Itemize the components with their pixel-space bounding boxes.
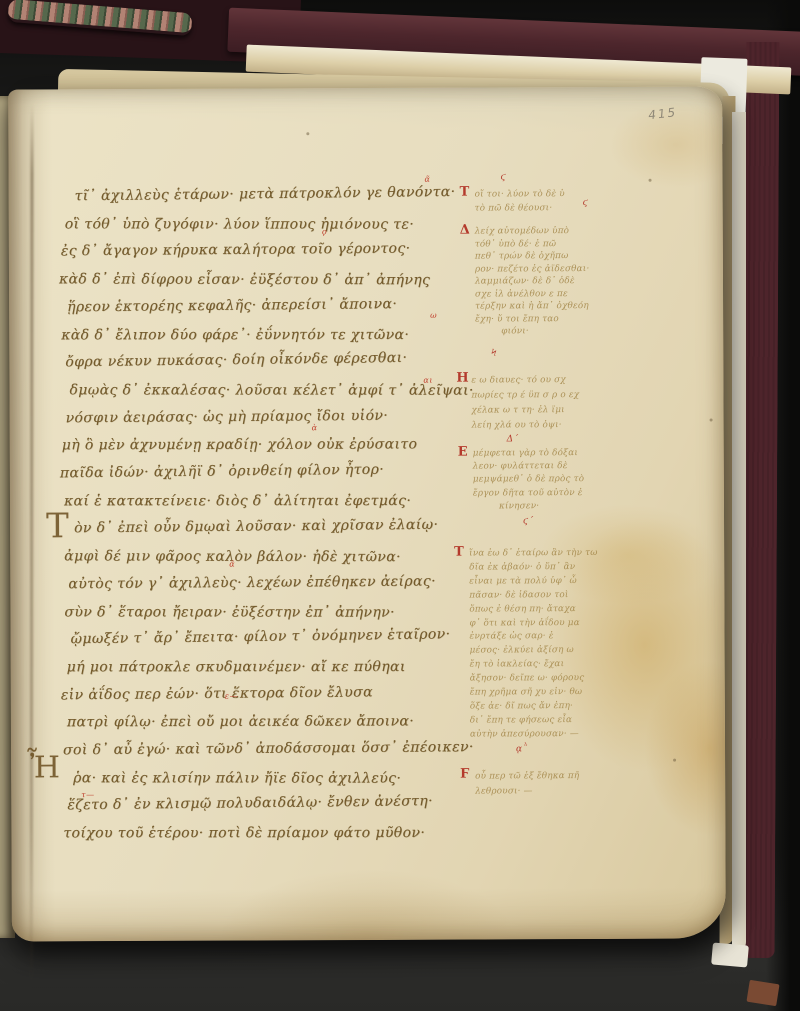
scholia-rubric-mark: ϛ´ bbox=[523, 517, 534, 526]
scholia-line: δῖα ἐκ ἀβαόν· ὁ ὕπ᾽ ἂν bbox=[469, 561, 598, 575]
scholia-line: λεθρουσι· — bbox=[475, 784, 579, 799]
main-text-line: τῖ᾽ ἀχιλλεὺς ἑτάρων· μετὰ πάτροκλόν γε θ… bbox=[75, 185, 456, 203]
scholia-line: πεθ᾽ τρών δὲ ὀχῆπω bbox=[475, 250, 590, 263]
scholia-rubric-mark: ᾳ῭ bbox=[516, 745, 528, 754]
paper-sliver-bottom-right bbox=[711, 942, 749, 967]
parchment-speck bbox=[710, 418, 713, 421]
scholia-rubric-mark: Ϟ bbox=[491, 349, 497, 358]
interlinear-rubric-mark: ϙ bbox=[322, 228, 327, 236]
interlinear-rubric-mark: ω bbox=[430, 312, 437, 320]
main-text-line: ἕζετο δ᾽ ἐν κλισμῷ πολυδαιδάλῳ· ἔνθεν ἀν… bbox=[67, 795, 433, 813]
gutter-crease bbox=[30, 103, 34, 983]
scholia-line: φιόνι· bbox=[501, 325, 590, 338]
scholia-line: σχε ἰλ ἀνέλθον ε πε bbox=[475, 288, 590, 301]
main-text-initial: Ἦ bbox=[27, 753, 60, 783]
scholia-line: πᾶσαν· δὲ ἰδασον τοὶ bbox=[469, 589, 598, 603]
main-text-line: σοὶ δ᾽ αὖ ἐγώ· καὶ τῶνδ᾽ ἀποδάσσομαι ὅσσ… bbox=[63, 740, 474, 757]
main-text-line: ῥα· καὶ ἐς κλισίην πάλιν ἤϊε δῖος ἀχιλλε… bbox=[73, 771, 401, 785]
interlinear-rubric-mark: ὰ bbox=[312, 424, 318, 432]
scholia-line: τέρξην καὶ ἡ ἄπ᾽ ὀχθεόη bbox=[475, 300, 590, 313]
scholia-rubric-mark: ϛ bbox=[501, 173, 507, 182]
scholia-line: οἵ τοι· λύον τὸ δὲ ὑ bbox=[475, 187, 565, 201]
scholia-initial: Τ bbox=[460, 186, 470, 199]
scholia-line: μεμψάμεθ᾽ ὁ δὲ πρὸς τὸ bbox=[473, 473, 584, 487]
scholia-initial: Ϝ bbox=[460, 768, 469, 781]
scholia-line: μέσος· ἐλκύει ἀξίση ω bbox=[470, 644, 599, 658]
interlinear-rubric-mark: τ— bbox=[81, 791, 94, 799]
main-text-line: ὸν δ᾽ ἐπεὶ οὖν δμῳαὶ λοῦσαν· καὶ χρῖσαν … bbox=[74, 518, 438, 535]
scholia-block: Ηε ω διαυες· τό ου σχπωρίες τρ έ ϋπ σ ρ … bbox=[471, 373, 579, 433]
scholia-line: λείχ αὐτομέδων ὑπὸ bbox=[475, 225, 590, 238]
scholia-line: μέμφεται γὰρ τὸ δόξαι bbox=[473, 447, 584, 461]
scholia-line: αὐτὴν ἀπεσύρουσαν· — bbox=[470, 728, 599, 742]
scholia-line: λείη χλά ου τὸ ὀψι· bbox=[472, 418, 580, 433]
main-text-initial: Τ bbox=[46, 509, 69, 543]
interlinear-rubric-mark: ᾶ bbox=[229, 561, 235, 569]
parchment-speck bbox=[673, 759, 676, 762]
main-text-line: σὺν δ᾽ ἕταροι ἤειραν· ἐϋξέστην ἐπ᾽ ἀπήνη… bbox=[64, 605, 394, 619]
scholia-line: ἔη τὸ ἰακλείας· ἔχαι bbox=[470, 658, 599, 672]
scholia-line: φ᾽ ὅτι καὶ τὴν ἀΐδου μα bbox=[469, 617, 598, 631]
main-text-line: μὴ ὃ μὲν ἀχνυμένῃ κραδίῃ· χόλον οὐκ ἐρύσ… bbox=[62, 438, 418, 453]
main-text-line: ἐς δ᾽ ἄγαγον κήρυκα καλήτορα τοῖο γέροντ… bbox=[61, 242, 411, 259]
scholia-line: ἄξησον· δεῖπε ω· φόρους bbox=[470, 672, 599, 686]
parchment-speck bbox=[649, 179, 652, 182]
interlinear-rubric-mark: ε— bbox=[225, 693, 238, 701]
scholia-line: τὸ πῶ δὲ θέουσι· bbox=[475, 201, 565, 215]
scholia-line: ἵνα ἑω δ᾽ ἑταίρω ἂν τὴν τω bbox=[469, 547, 598, 561]
photograph-of-manuscript: 415 τῖ᾽ ἀχιλλεὺς ἑτάρων· μετὰ πάτροκλόν … bbox=[0, 0, 800, 1011]
scholia-line: ἔχη· ὕ τοι ἔπη ταο bbox=[475, 313, 590, 326]
scholia-line: ἔργον δῆτα τοῦ αὐτὸν ἐ bbox=[473, 487, 584, 501]
main-text-line: νόσφιν ἀειράσας· ὡς μὴ πρίαμος ἴδοι υἱόν… bbox=[66, 408, 389, 425]
scholia-line: χέλακ ω τ τη· ἐλ ϊμι bbox=[472, 403, 580, 418]
scholia-line: οὗ περ τῶ ἑξ ἔθηκα πῆ bbox=[475, 769, 579, 784]
main-text-line: ὄφρα νέκυν πυκάσας· δοίη οἶκόνδε φέρεσθα… bbox=[65, 351, 407, 369]
leather-corner-fold bbox=[746, 980, 779, 1006]
scholia-line: τόθ᾽ ὑπὸ δέ· ἐ πῶ bbox=[475, 238, 590, 251]
main-text-line: ᾤμωξέν τ᾽ ἄρ᾽ ἔπειτα· φίλον τ᾽ ὀνόμηνεν … bbox=[70, 628, 450, 647]
scholia-line: εἶναι με τὰ πολύ ὑφ᾽ ὧ bbox=[469, 575, 598, 589]
scholia-line: ὅξε ἀε· δῖ πως ἄν ἐπη· bbox=[470, 700, 599, 714]
parchment-page: 415 τῖ᾽ ἀχιλλεὺς ἑτάρων· μετὰ πάτροκλόν … bbox=[8, 86, 726, 941]
page-edges-right-white bbox=[732, 112, 746, 952]
scholia-line: ε ω διαυες· τό ου σχ bbox=[471, 373, 579, 388]
scholia-initial: Ε bbox=[458, 446, 468, 459]
scholia-initial: Δ bbox=[460, 224, 470, 237]
parchment-speck bbox=[306, 132, 309, 135]
scholia-line: δι᾽ ἔπη τε φήσεως εἶα bbox=[470, 714, 599, 728]
scholia-block: Δλείχ αὐτομέδων ὑπὸτόθ᾽ ὑπὸ δέ· ἐ πῶπεθ᾽… bbox=[475, 225, 590, 338]
main-text-line: μή μοι πάτροκλε σκυδμαινέμεν· αἴ κε πύθη… bbox=[67, 660, 406, 674]
scholia-block: Τἵνα ἑω δ᾽ ἑταίρω ἂν τὴν τωδῖα ἐκ ἀβαόν·… bbox=[469, 547, 598, 742]
main-text-line: καί ἑ κατακτείνειε· διὸς δ᾽ ἀλίτηται ἐφε… bbox=[64, 494, 411, 508]
scholia-block: Ϝοὗ περ τῶ ἑξ ἔθηκα πῆλεθρουσι· — bbox=[475, 769, 579, 799]
main-text-line: οἳ τόθ᾽ ὑπὸ ζυγόφιν· λύον ἵππους ἡμιόνου… bbox=[65, 217, 414, 231]
scholia-rubric-mark: ϛ bbox=[583, 199, 589, 208]
scholia-line: ρον· πεζέτο ἐς ἀϊδεσθαι· bbox=[475, 263, 590, 276]
binding-board-right-edge bbox=[742, 42, 780, 958]
scholia-initial: Η bbox=[456, 372, 468, 385]
main-text-line: εἰν ἀΐδος περ ἐών· ὅτι ἕκτορα δῖον ἔλυσα bbox=[61, 685, 373, 702]
main-text-line: κὰδ δ᾽ ἔλιπον δύο φάρε᾽· ἐΰννητόν τε χιτ… bbox=[61, 328, 409, 342]
scholia-initial: Τ bbox=[454, 546, 464, 559]
scholia-rubric-mark: Δ´ bbox=[507, 435, 519, 444]
scholia-line: κίνησεν· bbox=[499, 500, 584, 514]
main-text-line: κὰδ δ᾽ ἐπὶ δίφρου εἷσαν· ἐϋξέστου δ᾽ ἀπ᾽… bbox=[59, 272, 430, 287]
main-text-line: τοίχου τοῦ ἑτέρου· ποτὶ δὲ πρίαμον φάτο … bbox=[63, 826, 425, 840]
scholia-line: λαμμιάζων· δὲ δ᾽ ὁδὲ bbox=[475, 275, 590, 288]
scholia-block: Τοἵ τοι· λύον τὸ δὲ ὑτὸ πῶ δὲ θέουσι· bbox=[475, 187, 565, 215]
main-text-line: παῖδα ἰδών· ἀχιλῆϊ δ᾽ ὀρινθείη φίλον ἦτο… bbox=[60, 463, 384, 481]
folio-number: 415 bbox=[648, 105, 678, 122]
main-text-line: ᾕρεον ἑκτορέης κεφαλῆς· ἀπερείσι᾽ ἄποινα… bbox=[67, 297, 397, 314]
main-text-line: δμῳὰς δ᾽ ἐκκαλέσας· λοῦσαι κέλετ᾽ ἀμφί τ… bbox=[69, 383, 473, 397]
scholia-line: ὅπως ἐ θέση πη· ἄταχα bbox=[469, 603, 598, 617]
main-text-line: αὐτὸς τόν γ᾽ ἀχιλλεὺς· λεχέων ἐπέθηκεν ἀ… bbox=[68, 574, 436, 591]
scholia-line: ἐνρτάξε ὡς σαρ· ἐ bbox=[470, 630, 599, 644]
main-text-line: πατρὶ φίλῳ· ἐπεὶ οὔ μοι ἀεικέα δῶκεν ἄπο… bbox=[67, 715, 414, 730]
scholia-block: Εμέμφεται γὰρ τὸ δόξαιλεον· φυλάττεται δ… bbox=[473, 447, 585, 514]
scholia-line: πωρίες τρ έ ϋπ σ ρ ο εχ bbox=[471, 388, 579, 403]
scholia-line: λεον· φυλάττεται δὲ bbox=[473, 460, 584, 474]
scholia-line: ἔπη χρῆμα σῆ χυ εἰν· θω bbox=[470, 686, 599, 700]
interlinear-rubric-mark: αι bbox=[423, 377, 433, 385]
interlinear-rubric-mark: ᾶ bbox=[425, 176, 431, 184]
